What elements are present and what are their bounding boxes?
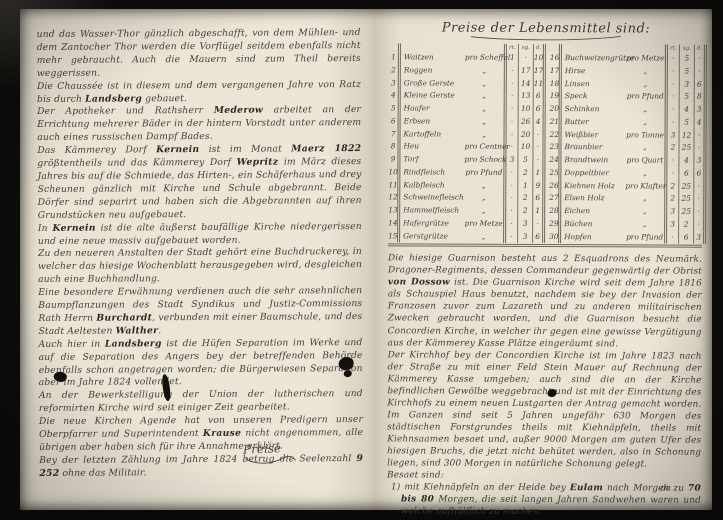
table-row: 10 Rindfleisch pro Pfund · 2 1 xyxy=(388,166,545,179)
price-groschen: 5 xyxy=(680,53,695,66)
unit: „ xyxy=(464,230,506,243)
table-row: 9 Torf pro Schock 3 5 · xyxy=(388,153,545,166)
price-groschen: 2 xyxy=(679,218,694,231)
row-number: 26 xyxy=(549,180,561,193)
currency-thaler-label: rt. xyxy=(668,45,680,53)
row-number: 22 xyxy=(550,129,562,142)
book-spread: und das Wasser-Thor gänzlich abgeschafft… xyxy=(20,9,712,510)
price-groschen: 12 xyxy=(680,129,695,142)
table-row: 4 Kleine Gerste „ · 13 6 xyxy=(389,90,546,103)
unit: „ xyxy=(626,103,668,116)
currency-groschen-label: sg. xyxy=(680,45,695,53)
price-thaler: · xyxy=(506,218,518,231)
unit: pro Pfund xyxy=(626,91,668,104)
unit: pro Tonne xyxy=(626,129,668,142)
price-pfennig: 8 xyxy=(695,91,707,104)
price-thaler: · xyxy=(667,155,679,168)
price-table-right-half: rt. sg. d. 16 Buchweizengrütze pro Metze… xyxy=(549,44,707,244)
unit: pro Pfund xyxy=(625,231,667,244)
price-thaler: 3 xyxy=(506,154,518,167)
price-thaler: · xyxy=(506,230,518,243)
item-name: Weißbier xyxy=(562,129,626,142)
item-name: Eichen xyxy=(561,205,625,218)
row-number: 11 xyxy=(388,179,400,192)
price-groschen: 17 xyxy=(519,65,534,78)
price-groschen: 3 xyxy=(680,78,695,91)
table-row: 26 Kiehnen Holz pro Klafter 2 25 · xyxy=(549,180,706,193)
price-groschen: 20 xyxy=(519,128,534,141)
price-thaler: 3 xyxy=(668,129,680,142)
row-number: 1 xyxy=(389,51,401,64)
row-number: 29 xyxy=(549,218,561,231)
price-groschen: 2 xyxy=(518,192,533,205)
price-groschen: 10 xyxy=(518,141,533,154)
table-row: 20 Schinken „ · 4 3 xyxy=(550,103,707,116)
manuscript-paragraph: 1) mit Kiehnäpfeln an der Heide bey Eula… xyxy=(387,481,701,519)
price-pfennig: · xyxy=(694,218,706,231)
price-thaler: · xyxy=(506,141,518,154)
item-name: Butter xyxy=(562,116,626,129)
row-number: 13 xyxy=(388,204,400,217)
price-groschen: 4 xyxy=(680,104,695,117)
price-groschen: 3 xyxy=(518,230,533,243)
price-pfennig: · xyxy=(694,206,706,219)
price-pfennig: 3 xyxy=(694,231,706,244)
row-number: 3 xyxy=(389,77,401,90)
page-right: Preise der Lebensmittel sind: rt. sg. d. xyxy=(373,8,713,510)
manuscript-paragraph: Zu den neueren Anstalten der Stadt gehör… xyxy=(38,246,362,287)
manuscript-paragraph: Der Apotheker und Rathsherr Mederow arbe… xyxy=(37,104,361,145)
table-row: 16 Buchweizengrütze pro Metze · 5 · xyxy=(550,52,707,65)
currency-pfennig-label: d. xyxy=(534,44,546,52)
catchword-text: da xyxy=(660,484,671,494)
item-name: Haafer xyxy=(401,102,465,115)
manuscript-paragraph: Der Kirchhof bey der Concordien Kirche i… xyxy=(387,349,702,471)
table-row: 25 Doppeltbier „ · 6 6 xyxy=(549,167,706,180)
unit: „ xyxy=(626,65,668,78)
price-groschen: 25 xyxy=(679,193,694,206)
row-number: 19 xyxy=(550,90,562,103)
row-number: 2 xyxy=(389,64,401,77)
price-pfennig: 6 xyxy=(533,230,545,243)
ink-blot xyxy=(339,357,354,370)
item-name: Braunbier xyxy=(561,141,625,154)
price-thaler: · xyxy=(667,167,679,180)
manuscript-photo: und das Wasser-Thor gänzlich abgeschafft… xyxy=(0,0,723,520)
currency-pfennig-label: d. xyxy=(695,45,707,53)
price-thaler: · xyxy=(668,78,680,91)
price-groschen: 3 xyxy=(518,218,533,231)
table-row: 21 Butter „ · 5 4 xyxy=(550,116,707,129)
price-groschen: 6 xyxy=(679,167,694,180)
price-thaler: · xyxy=(507,90,519,103)
unit: pro Klafter xyxy=(625,180,667,193)
unit: „ xyxy=(465,115,507,128)
manuscript-paragraph: Das Kämmerey Dorf Kernein ist im Monat M… xyxy=(37,143,361,222)
unit: „ xyxy=(465,90,507,103)
price-thaler: · xyxy=(668,53,680,66)
manuscript-paragraph: Auch hier in Landsberg ist die Hüfen Sep… xyxy=(38,337,362,391)
currency-groschen-label: sg. xyxy=(519,44,534,52)
price-pfennig: 9 xyxy=(533,179,545,192)
unit: pro Metze xyxy=(464,217,506,230)
unit: pro Metze xyxy=(626,52,668,65)
price-thaler: 3 xyxy=(667,206,679,219)
ink-blot xyxy=(547,389,556,397)
item-name: Erbsen xyxy=(401,115,465,128)
price-groschen: 2 xyxy=(518,167,533,180)
price-groschen: 25 xyxy=(679,142,694,155)
unit: „ xyxy=(464,192,506,205)
item-name: Büchen xyxy=(561,218,625,231)
manuscript-paragraph: An der Bewerkstelligung der Union der lu… xyxy=(39,388,363,416)
table-row: 19 Speck pro Pfund · 5 8 xyxy=(550,90,707,103)
price-pfennig: 3 xyxy=(695,104,707,117)
table-row: 30 Hopfen pro Pfund · 6 3 xyxy=(549,231,706,244)
table-row: 6 Erbsen „ · 26 4 xyxy=(389,115,546,128)
row-number: 16 xyxy=(550,52,562,65)
item-name: Linsen xyxy=(562,78,626,91)
table-row: 18 Linsen „ · 3 6 xyxy=(550,78,707,91)
table-row: 12 Schweinefleisch „ · 2 6 xyxy=(388,192,545,205)
row-number: 30 xyxy=(549,231,561,244)
item-name: Torf xyxy=(400,153,464,166)
price-pfennig: 6 xyxy=(694,167,706,180)
price-pfennig: 4 xyxy=(695,116,707,129)
row-number: 24 xyxy=(549,154,561,167)
item-name: Heu xyxy=(400,141,464,154)
item-name: Brandtwein xyxy=(561,154,625,167)
price-pfennig: 6 xyxy=(534,103,546,116)
price-pfennig: 17 xyxy=(534,65,546,78)
price-groschen: 5 xyxy=(680,116,695,129)
price-pfennig: · xyxy=(694,180,706,193)
price-thaler: · xyxy=(507,65,519,78)
catchword-da: da xyxy=(660,484,671,494)
price-groschen: 5 xyxy=(518,154,533,167)
item-name: Hirse xyxy=(562,65,626,78)
price-thaler: · xyxy=(668,104,680,117)
unit: „ xyxy=(465,77,507,90)
catchword-text: Preise xyxy=(243,441,282,457)
price-pfennig: · xyxy=(533,141,545,154)
item-name: Kiehnen Holz xyxy=(561,180,625,193)
unit: „ xyxy=(465,103,507,116)
row-number: 27 xyxy=(549,192,561,205)
price-groschen: 5 xyxy=(680,91,695,104)
price-thaler: · xyxy=(506,167,518,180)
table-row: 2 Roggen „ · 17 17 xyxy=(389,64,546,77)
row-number: 5 xyxy=(389,102,401,115)
price-groschen: 2 xyxy=(518,205,533,218)
price-thaler: · xyxy=(507,103,519,116)
unit: „ xyxy=(465,64,507,77)
table-row: 11 Kalbfleisch „ · 1 9 xyxy=(388,179,545,192)
price-pfennig: · xyxy=(534,128,546,141)
left-text-block: und das Wasser-Thor gänzlich abgeschafft… xyxy=(37,27,364,481)
price-table-left-half: rt. sg. d. 1 Waitzen pro Scheffel 1 · 10 xyxy=(388,43,546,243)
unit: „ xyxy=(625,205,667,218)
row-number: 21 xyxy=(550,116,562,129)
unit: pro Schock xyxy=(464,154,506,167)
table-row: 23 Braunbier „ 2 25 · xyxy=(549,141,706,154)
price-pfennig: 6 xyxy=(695,78,707,91)
row-number: 28 xyxy=(549,205,561,218)
table-row: 7 Kartoffeln „ · 20 · xyxy=(389,128,546,141)
manuscript-paragraph: Die hiesige Guarnison besteht aus 2 Esqu… xyxy=(388,253,702,351)
row-number: 14 xyxy=(388,217,400,230)
catchword-preise: Preise xyxy=(243,440,298,466)
unit: „ xyxy=(465,128,507,141)
price-thaler: 2 xyxy=(667,180,679,193)
price-thaler: · xyxy=(506,179,518,192)
price-pfennig: · xyxy=(694,193,706,206)
unit: „ xyxy=(625,142,667,155)
item-name: Speck xyxy=(562,90,626,103)
price-thaler: 2 xyxy=(667,193,679,206)
price-pfennig: 6 xyxy=(534,90,546,103)
price-groschen: 1 xyxy=(518,179,533,192)
unit: „ xyxy=(625,193,667,206)
row-number: 10 xyxy=(388,166,400,179)
table-row: 17 Hirse „ · 5 · xyxy=(550,65,707,78)
row-number: 15 xyxy=(388,230,400,243)
item-name: Hafergrütze xyxy=(400,217,464,230)
unit: „ xyxy=(625,167,667,180)
ink-blot xyxy=(344,370,352,377)
item-name: Elsen Holz xyxy=(561,192,625,205)
row-number: 17 xyxy=(550,65,562,78)
price-pfennig: · xyxy=(695,53,707,66)
price-pfennig: 1 xyxy=(533,205,545,218)
item-name: Doppeltbier xyxy=(561,167,625,180)
item-name: Waitzen xyxy=(401,51,465,64)
unit: pro Quart xyxy=(625,154,667,167)
price-pfennig: 3 xyxy=(694,155,706,168)
price-pfennig: · xyxy=(695,129,707,142)
row-number: 4 xyxy=(389,90,401,103)
table-row: 27 Elsen Holz „ 2 25 · xyxy=(549,192,706,205)
price-thaler: · xyxy=(506,192,518,205)
price-pfennig: 11 xyxy=(534,77,546,90)
unit: pro Pfund xyxy=(464,166,506,179)
table-row: 28 Eichen „ 3 25 · xyxy=(549,205,706,218)
table-row: 29 Büchen „ 3 2 · xyxy=(549,218,706,231)
right-text-block: Die hiesige Guarnison besteht aus 2 Esqu… xyxy=(387,253,702,519)
price-groschen: 14 xyxy=(519,77,534,90)
price-thaler: · xyxy=(667,231,679,244)
row-number: 7 xyxy=(389,128,401,141)
table-row: 13 Hammelfleisch „ · 2 1 xyxy=(388,204,545,217)
table-row: 24 Brandtwein pro Quart · 4 3 xyxy=(549,154,706,167)
unit: „ xyxy=(626,78,668,91)
price-groschen: 25 xyxy=(679,180,694,193)
item-name: Kleine Gerste xyxy=(401,90,465,103)
price-thaler: 2 xyxy=(667,142,679,155)
price-thaler: · xyxy=(668,116,680,129)
unit: pro Scheffel xyxy=(465,52,507,65)
table-title: Preise der Lebensmittel sind: xyxy=(389,20,703,41)
price-thaler: 3 xyxy=(667,218,679,231)
page-left: und das Wasser-Thor gänzlich abgeschafft… xyxy=(18,8,375,511)
price-groschen: 10 xyxy=(519,103,534,116)
price-groschen: 6 xyxy=(679,231,694,244)
price-thaler: 1 xyxy=(507,52,519,65)
item-name: Rindfleisch xyxy=(400,166,464,179)
unit: „ xyxy=(464,179,506,192)
row-number: 18 xyxy=(550,78,562,91)
price-groschen: 25 xyxy=(679,206,694,219)
price-thaler: · xyxy=(506,205,518,218)
currency-thaler-label: rt. xyxy=(507,44,519,52)
row-number: 20 xyxy=(550,103,562,116)
price-pfennig: 1 xyxy=(533,167,545,180)
price-pfennig: · xyxy=(695,65,707,78)
price-pfennig: · xyxy=(694,142,706,155)
price-thaler: · xyxy=(507,128,519,141)
table-row: 15 Gerstgrütze „ · 3 6 xyxy=(388,230,545,243)
manuscript-paragraph: Die neue Kirchen Agende hat von unseren … xyxy=(39,414,363,455)
table-title-text: Preise der Lebensmittel sind: xyxy=(442,21,650,37)
manuscript-paragraph: Bey der letzten Zählung im Jahre 1824 be… xyxy=(39,453,363,481)
table-row: 5 Haafer „ · 10 6 xyxy=(389,102,546,115)
price-groschen: 13 xyxy=(519,90,534,103)
row-number: 12 xyxy=(388,192,400,205)
manuscript-paragraph: Eine besondere Erwähnung verdienen auch … xyxy=(38,285,362,339)
manuscript-paragraph: Die Chaussée ist in diesem und dem verga… xyxy=(37,79,361,107)
table-row: 8 Heu pro Centner · 10 · xyxy=(388,141,545,154)
price-thaler: · xyxy=(507,116,519,129)
item-name: Kartoffeln xyxy=(401,128,465,141)
row-number: 25 xyxy=(549,167,561,180)
item-name: Gerstgrütze xyxy=(400,230,464,243)
table-row: 14 Hafergrütze pro Metze · 3 · xyxy=(388,217,545,230)
item-name: Kalbfleisch xyxy=(400,179,464,192)
row-number: 23 xyxy=(549,141,561,154)
price-groschen: 26 xyxy=(519,116,534,129)
item-name: Schweinefleisch xyxy=(400,192,464,205)
item-name: Roggen xyxy=(401,64,465,77)
unit: „ xyxy=(625,218,667,231)
item-name: Große Gerste xyxy=(401,77,465,90)
price-groschen: · xyxy=(519,52,534,65)
unit: „ xyxy=(464,205,506,218)
manuscript-paragraph: In Kernein ist die alte äußerst baufälli… xyxy=(38,221,362,249)
table-row: 3 Große Gerste „ · 14 11 xyxy=(389,77,546,90)
unit: pro Centner xyxy=(464,141,506,154)
item-name: Hopfen xyxy=(561,231,625,244)
row-number: 9 xyxy=(388,153,400,166)
table-row: 1 Waitzen pro Scheffel 1 · 10 xyxy=(389,51,546,64)
price-groschen: 4 xyxy=(679,155,694,168)
unit: „ xyxy=(626,116,668,129)
price-pfennig: 6 xyxy=(533,192,545,205)
table-row: 22 Weißbier pro Tonne 3 12 · xyxy=(550,129,707,142)
price-pfennig: 10 xyxy=(534,52,546,65)
price-table: rt. sg. d. 1 Waitzen pro Scheffel 1 · 10 xyxy=(388,43,703,248)
row-number: 8 xyxy=(388,141,400,154)
row-number: 6 xyxy=(389,115,401,128)
price-pfennig: · xyxy=(533,218,545,231)
item-name: Buchweizengrütze xyxy=(562,52,626,65)
price-thaler: · xyxy=(507,77,519,90)
price-thaler: · xyxy=(668,91,680,104)
price-pfennig: · xyxy=(533,154,545,167)
manuscript-paragraph: und das Wasser-Thor gänzlich abgeschafft… xyxy=(37,27,361,81)
price-thaler: · xyxy=(668,65,680,78)
price-pfennig: 4 xyxy=(534,116,546,129)
price-groschen: 5 xyxy=(680,65,695,78)
item-name: Schinken xyxy=(562,103,626,116)
item-name: Hammelfleisch xyxy=(400,204,464,217)
